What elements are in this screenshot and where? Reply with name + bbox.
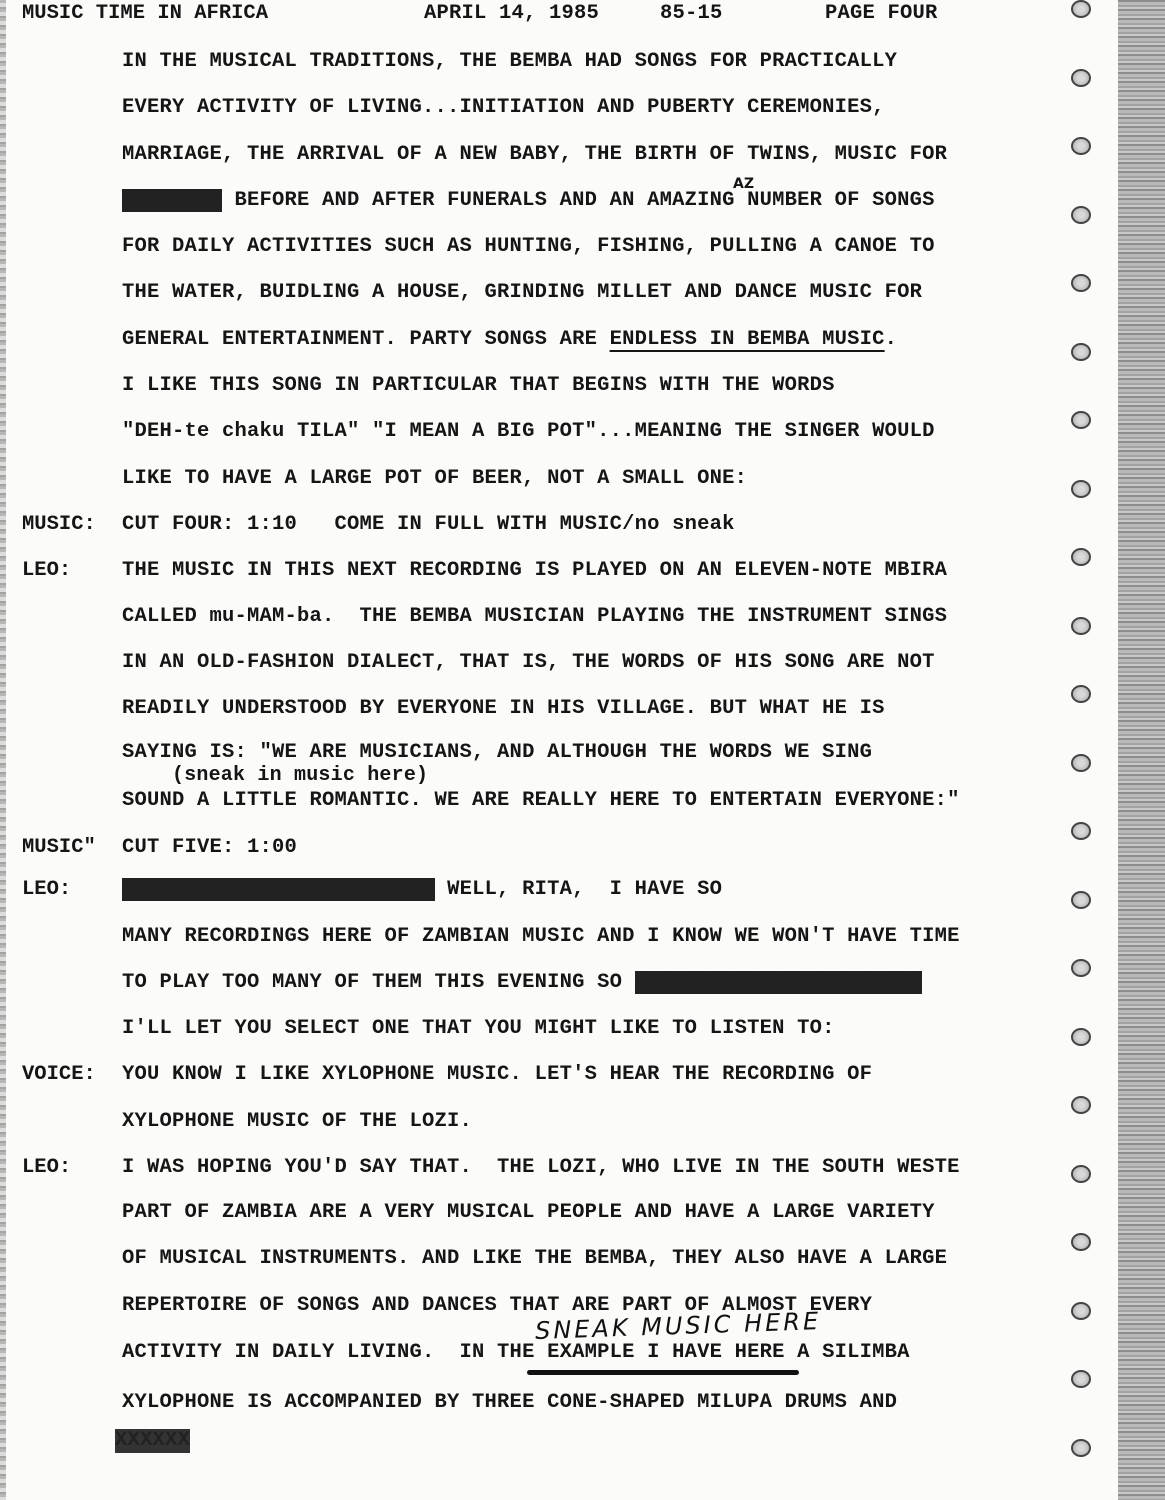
- dialogue-line: SAYING IS: "WE ARE MUSICIANS, AND ALTHOU…: [122, 741, 872, 765]
- dialogue-line: I WAS HOPING YOU'D SAY THAT. THE LOZI, W…: [122, 1156, 960, 1180]
- perforation-hole-icon: [1071, 617, 1091, 635]
- body-line: FOR DAILY ACTIVITIES SUCH AS HUNTING, FI…: [122, 235, 935, 259]
- music-cue: CUT FIVE: 1:00: [122, 836, 297, 860]
- program-title: MUSIC TIME IN AFRICA: [22, 2, 268, 26]
- body-line: GENERAL ENTERTAINMENT. PARTY SONGS ARE E…: [122, 328, 897, 352]
- perforation-hole-icon: [1071, 1439, 1091, 1457]
- speaker-label: LEO:: [22, 1156, 71, 1180]
- speaker-label: MUSIC": [22, 836, 96, 860]
- dialogue-line: TO PLAY TOO MANY OF THEM THIS EVENING SO…: [122, 971, 922, 995]
- music-cue: CUT FOUR: 1:10 COME IN FULL WITH MUSIC/n…: [122, 513, 735, 537]
- perforation-hole-icon: [1071, 1165, 1091, 1183]
- body-line: MARRIAGE, THE ARRIVAL OF A NEW BABY, THE…: [122, 143, 947, 167]
- handwritten-correction: AZ: [733, 176, 754, 192]
- perforation-hole-icon: [1071, 685, 1091, 703]
- dialogue-line: PART OF ZAMBIA ARE A VERY MUSICAL PEOPLE…: [122, 1201, 935, 1225]
- struck-text: XXXXXXXX: [122, 189, 222, 212]
- perforation-hole-icon: [1071, 206, 1091, 224]
- episode-number: 85-15: [660, 2, 723, 26]
- body-line: EVERY ACTIVITY OF LIVING...INITIATION AN…: [122, 96, 885, 120]
- dialogue-line: XYLOPHONE IS ACCOMPANIED BY THREE CONE-S…: [122, 1391, 897, 1415]
- body-line: I LIKE THIS SONG IN PARTICULAR THAT BEGI…: [122, 374, 835, 398]
- speaker-label: LEO:: [22, 559, 71, 583]
- dialogue-line: SOUND A LITTLE ROMANTIC. WE ARE REALLY H…: [122, 789, 960, 813]
- perforation-hole-icon: [1071, 69, 1091, 87]
- page-number: PAGE FOUR: [825, 2, 938, 26]
- dialogue-line: MANY RECORDINGS HERE OF ZAMBIAN MUSIC AN…: [122, 925, 960, 949]
- body-text: BEFORE AND AFTER FUNERALS AND AN AMAZING…: [222, 189, 935, 212]
- body-text: WELL, RITA, I HAVE SO: [435, 878, 723, 901]
- speaker-label: MUSIC:: [22, 513, 96, 537]
- dialogue-line: OF MUSICAL INSTRUMENTS. AND LIKE THE BEM…: [122, 1247, 947, 1271]
- perforation-hole-icon: [1071, 480, 1091, 498]
- perforation-holes: [1071, 0, 1095, 1500]
- perforation-hole-icon: [1071, 343, 1091, 361]
- page-left-edge: [0, 0, 6, 1500]
- perforation-hole-icon: [1071, 0, 1091, 18]
- perforation-hole-icon: [1071, 1096, 1091, 1114]
- broadcast-date: APRIL 14, 1985: [424, 2, 599, 26]
- perforation-hole-icon: [1071, 959, 1091, 977]
- body-line: IN THE MUSICAL TRADITIONS, THE BEMBA HAD…: [122, 50, 897, 74]
- dialogue-line: CALLED mu-MAM-ba. THE BEMBA MUSICIAN PLA…: [122, 605, 947, 629]
- perforation-hole-icon: [1071, 1370, 1091, 1388]
- perforation-hole-icon: [1071, 137, 1091, 155]
- handwritten-underline: [527, 1370, 799, 1375]
- dialogue-line: ACTIVITY IN DAILY LIVING. IN THE EXAMPLE…: [122, 1341, 910, 1365]
- speaker-label: VOICE:: [22, 1063, 96, 1087]
- body-line: XXXXXXXX BEFORE AND AFTER FUNERALS AND A…: [122, 189, 935, 213]
- perforation-hole-icon: [1071, 891, 1091, 909]
- struck-text: XXXXXXXXXXXXXXXXXXXXXXX: [635, 971, 923, 994]
- sneak-note: (sneak in music here): [172, 764, 428, 788]
- body-line: THE WATER, BUIDLING A HOUSE, GRINDING MI…: [122, 281, 922, 305]
- dialogue-line: IN AN OLD-FASHION DIALECT, THAT IS, THE …: [122, 651, 935, 675]
- dialogue-line: XXXXXXXXXXXXXXXXXXXXXXXXX WELL, RITA, I …: [122, 878, 722, 902]
- dialogue-line: XYLOPHONE MUSIC OF THE LOZI.: [122, 1110, 472, 1134]
- speaker-label: LEO:: [22, 878, 71, 902]
- struck-text: XXXXXX: [115, 1429, 190, 1453]
- perforation-hole-icon: [1071, 411, 1091, 429]
- perforation-hole-icon: [1071, 1233, 1091, 1251]
- perforation-hole-icon: [1071, 274, 1091, 292]
- body-text: TO PLAY TOO MANY OF THEM THIS EVENING SO: [122, 971, 635, 994]
- perforation-hole-icon: [1071, 1028, 1091, 1046]
- dialogue-line: YOU KNOW I LIKE XYLOPHONE MUSIC. LET'S H…: [122, 1063, 872, 1087]
- perforation-hole-icon: [1071, 1302, 1091, 1320]
- perforation-hole-icon: [1071, 548, 1091, 566]
- struck-text: XXXXXXXXXXXXXXXXXXXXXXXXX: [122, 878, 435, 901]
- body-line: "DEH-te chaku TILA" "I MEAN A BIG POT"..…: [122, 420, 935, 444]
- tractor-feed-strip: [1118, 0, 1165, 1500]
- body-text: GENERAL ENTERTAINMENT. PARTY SONGS ARE: [122, 328, 610, 351]
- dialogue-line: READILY UNDERSTOOD BY EVERYONE IN HIS VI…: [122, 697, 885, 721]
- body-line: LIKE TO HAVE A LARGE POT OF BEER, NOT A …: [122, 467, 747, 491]
- dialogue-line: THE MUSIC IN THIS NEXT RECORDING IS PLAY…: [122, 559, 947, 583]
- perforation-hole-icon: [1071, 754, 1091, 772]
- perforation-hole-icon: [1071, 822, 1091, 840]
- dialogue-line: I'LL LET YOU SELECT ONE THAT YOU MIGHT L…: [122, 1017, 835, 1041]
- underlined-text: ENDLESS IN BEMBA MUSIC: [610, 328, 885, 351]
